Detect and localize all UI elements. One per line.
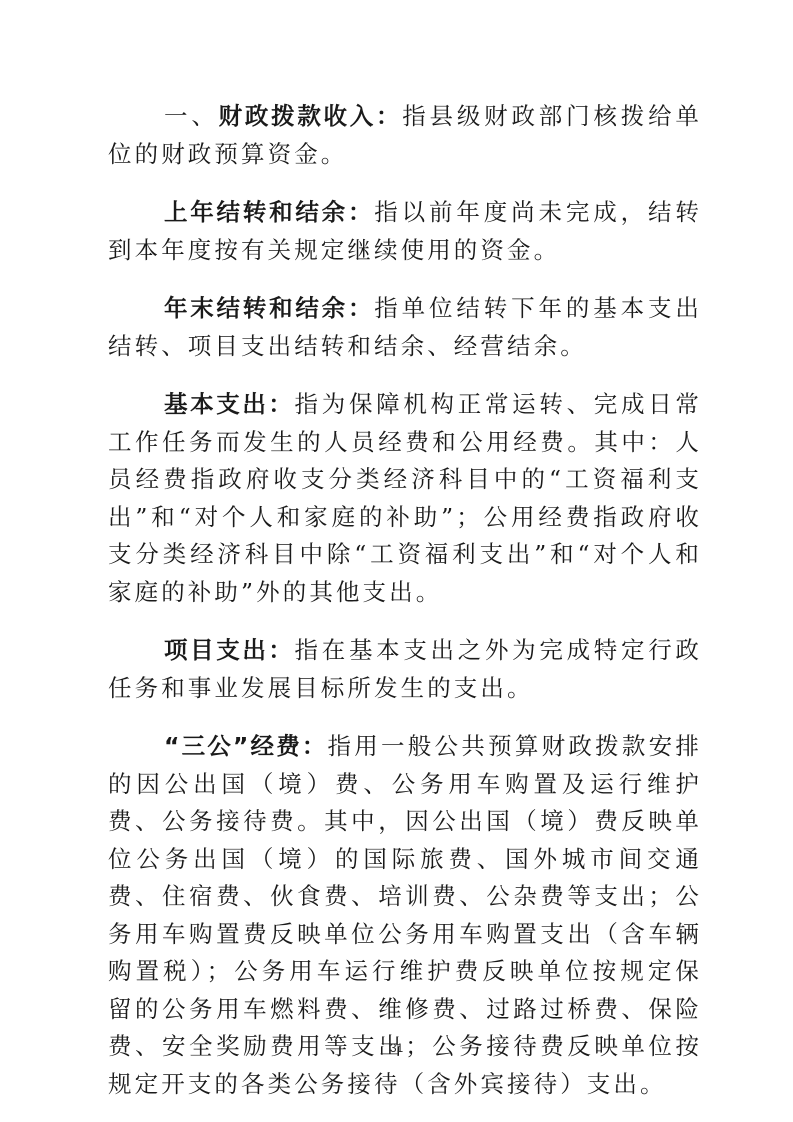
paragraph-basic-expenditure: 基本支出：指为保障机构正常运转、完成日常工作任务而发生的人员经费和公用经费。其中… [108,386,702,611]
term-three-public-expenses: “三公”经费： [164,732,328,760]
term-year-end-carryover: 年末结转和结余： [164,294,374,322]
page-number: 31 [0,1041,793,1055]
definition-text: 指为保障机构正常运转、完成日常工作任务而发生的人员经费和公用经费。其中：人员经费… [108,390,702,606]
term-basic-expenditure: 基本支出： [164,390,295,418]
paragraph-prior-year-carryover: 上年结转和结余：指以前年度尚未完成，结转到本年度按有关规定继续使用的资金。 [108,194,702,269]
term-fiscal-appropriation-income: 财政拨款收入： [219,102,403,130]
paragraph-prefix: 一、 [164,102,219,130]
paragraph-project-expenditure: 项目支出：指在基本支出之外为完成特定行政任务和事业发展目标所发生的支出。 [108,632,702,707]
document-page: 一、财政拨款收入：指县级财政部门核拨给单位的财政预算资金。 上年结转和结余：指以… [108,98,702,1122]
term-prior-year-carryover: 上年结转和结余： [164,198,374,226]
term-project-expenditure: 项目支出： [164,636,295,664]
paragraph-fiscal-appropriation-income: 一、财政拨款收入：指县级财政部门核拨给单位的财政预算资金。 [108,98,702,173]
paragraph-year-end-carryover: 年末结转和结余：指单位结转下年的基本支出结转、项目支出结转和结余、经营结余。 [108,290,702,365]
